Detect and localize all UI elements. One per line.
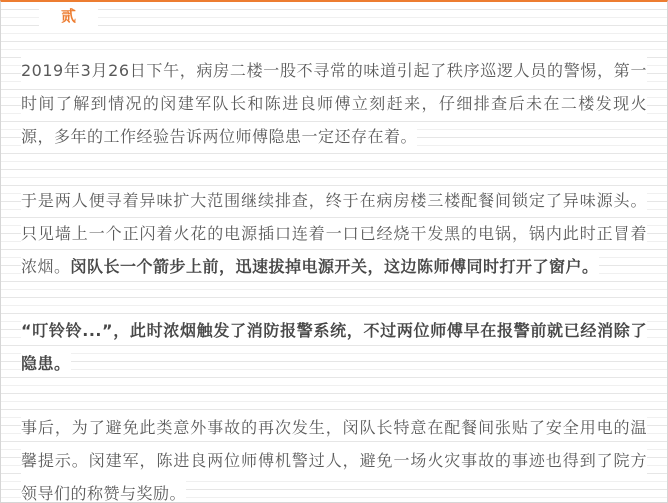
article-page: 贰 2019年3月26日下午，病房二楼一股不寻常的味道引起了秩序巡逻人员的警惕，… xyxy=(0,0,668,503)
article-content: 2019年3月26日下午，病房二楼一股不寻常的味道引起了秩序巡逻人员的警惕，第一… xyxy=(1,2,667,503)
paragraph: “叮铃铃...”，此时浓烟触发了消防报警系统，不过两位师傅早在报警前就已经消除了… xyxy=(21,314,647,380)
paragraph: 事后，为了避免此类意外事故的再次发生，闵队长特意在配餐间张贴了安全用电的温馨提示… xyxy=(21,411,647,503)
paragraph: 于是两人便寻着异味扩大范围继续排查，终于在病房楼三楼配餐间锁定了异味源头。只见墙… xyxy=(21,184,647,283)
text-segment: “叮铃铃...”，此时浓烟触发了消防报警系统，不过两位师傅早在报警前就已经消除了… xyxy=(21,317,647,377)
section-badge: 贰 xyxy=(39,2,98,33)
text-segment: 2019年3月26日下午，病房二楼一股不寻常的味道引起了秩序巡逻人员的警惕，第一… xyxy=(21,57,647,150)
text-segment: 事后，为了避免此类意外事故的再次发生，闵队长特意在配餐间张贴了安全用电的温馨提示… xyxy=(21,414,647,503)
text-segment: 闵队长一个箭步上前，迅速拔掉电源开关，这边陈师傅同时打开了窗户。 xyxy=(71,253,599,280)
paragraph: 2019年3月26日下午，病房二楼一股不寻常的味道引起了秩序巡逻人员的警惕，第一… xyxy=(21,54,647,153)
